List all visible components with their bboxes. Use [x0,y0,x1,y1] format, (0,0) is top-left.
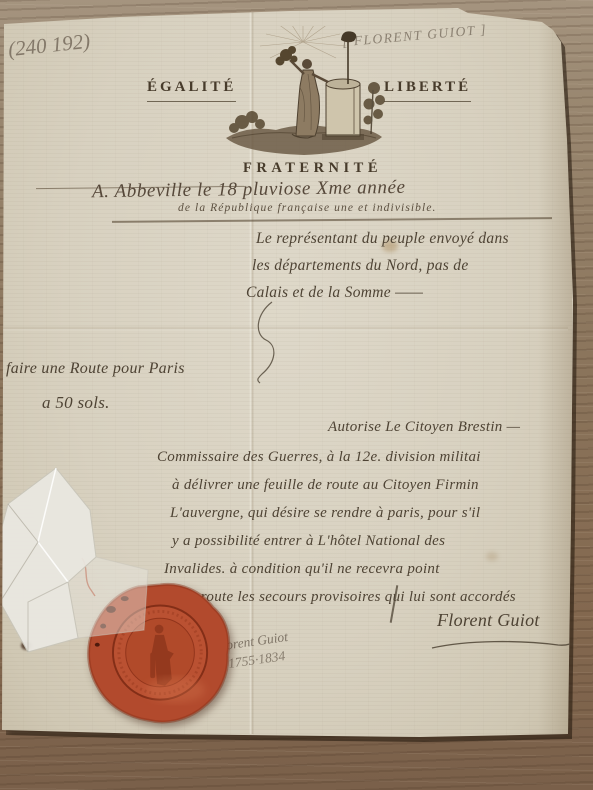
margin-note-line: a 50 sols. [42,393,110,413]
stain-spot [486,552,498,561]
margin-note-line: faire une Route pour Paris [6,360,185,378]
body-line: à délivrer une feuille de route au Citoy… [172,477,479,494]
sender-line: les départements du Nord, pas de [252,257,469,275]
motto-liberte: LIBERTÉ [384,79,471,102]
tissue-fragment [0,452,163,667]
body-line: Autorise Le Citoyen Brestin — [328,419,520,436]
body-line: L'auvergne, qui désire se rendre à paris… [170,505,480,522]
dateline-script: A. Abbeville le 18 pluviose Xme année [92,177,406,203]
ink-flourish [252,300,288,385]
body-line: Invalides. à condition qu'il ne recevra … [164,561,440,578]
signature-name: Florent Guiot [437,610,540,631]
body-line: y a possibilité entrer à L'hôtel Nationa… [172,533,445,550]
body-line: Commissaire des Guerres, à la 12e. divis… [157,449,481,466]
phrygian-cap-icon [341,31,356,84]
motto-egalite: ÉGALITÉ [147,79,236,102]
pencil-inventory-number: (240 192) [7,29,91,62]
signature-flourish [428,636,580,656]
dateline-rule-bottom [112,217,552,222]
document-paper: (240 192) [ FLORENT GUIOT ] [0,0,593,790]
sunburst-icon [260,26,346,58]
dateline-subscript: de la République française une et indivi… [178,202,437,214]
sender-line: Le représentant du peuple envoyé dans [256,230,509,248]
letterhead-vignette [208,26,398,166]
shrub-right-icon [364,82,386,134]
column-icon [322,79,364,140]
